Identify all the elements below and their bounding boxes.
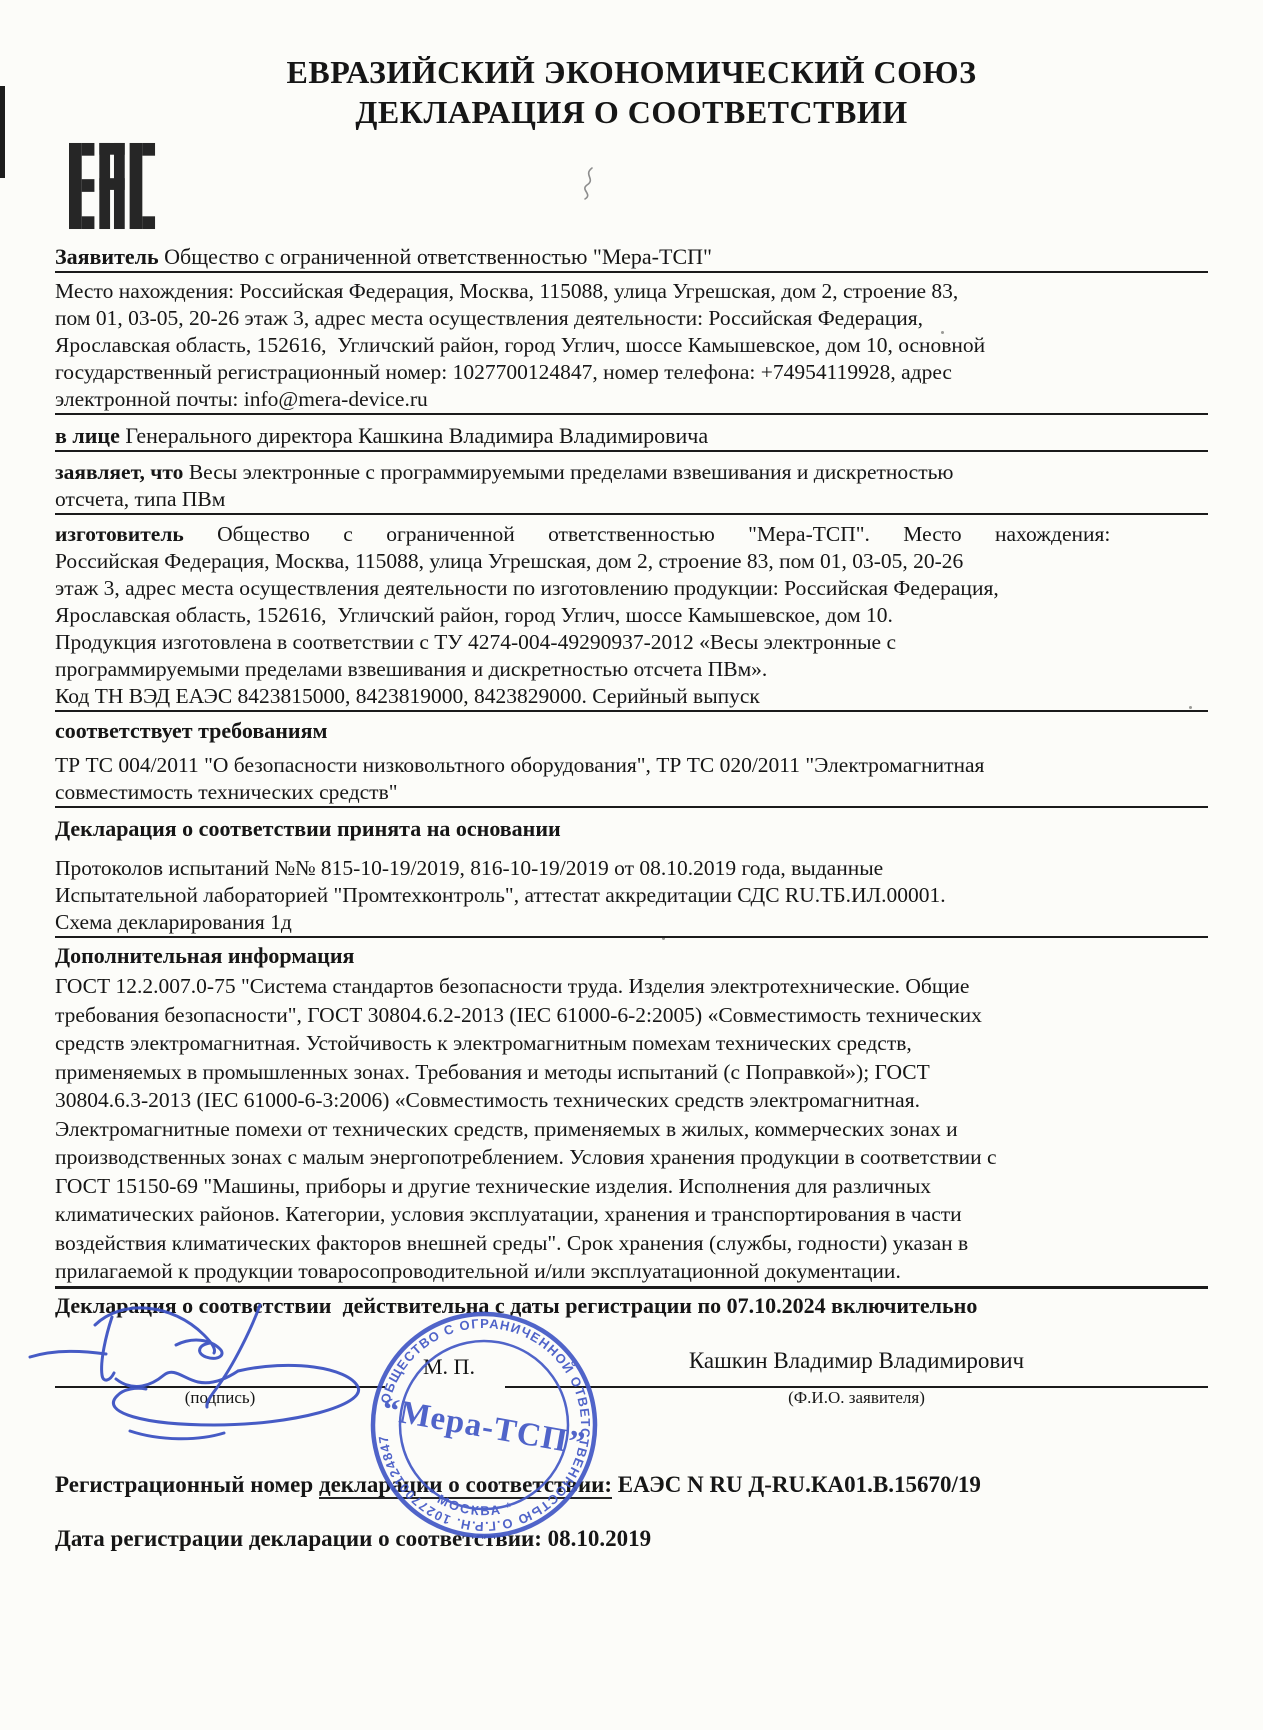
applicant-name-caption: (Ф.И.О. заявителя) xyxy=(505,1388,1208,1408)
registration-number-value: ЕАЭС N RU Д-RU.КА01.В.15670/19 xyxy=(612,1472,981,1497)
represented-by-line: в лице Генерального директора Кашкина Вл… xyxy=(55,422,1208,450)
declares-label: заявляет, что xyxy=(55,460,183,484)
stamp-place-label: М. П. xyxy=(385,1346,505,1408)
registration-number-line: Регистрационный номер декларации о соотв… xyxy=(55,1470,1208,1500)
section-divider xyxy=(55,1286,1208,1289)
document-title-line2: ДЕКЛАРАЦИЯ О СООТВЕТСТВИИ xyxy=(55,92,1208,132)
section-divider xyxy=(55,271,1208,273)
registration-number-underlined: декларации о соответствии: xyxy=(319,1472,612,1499)
section-divider xyxy=(55,936,1208,938)
document-title-line1: ЕВРАЗИЙСКИЙ ЭКОНОМИЧЕСКИЙ СОЮЗ xyxy=(55,52,1208,92)
document-content: ЕВРАЗИЙСКИЙ ЭКОНОМИЧЕСКИЙ СОЮЗ ДЕКЛАРАЦИ… xyxy=(0,0,1263,1730)
applicant-line: Заявитель Общество с ограниченной ответс… xyxy=(55,243,1208,271)
declaration-of-conformity-document: ЕВРАЗИЙСКИЙ ЭКОНОМИЧЕСКИЙ СОЮЗ ДЕКЛАРАЦИ… xyxy=(0,0,1263,1730)
section-divider xyxy=(55,513,1208,515)
validity-line: Декларация о соответствии действительна … xyxy=(55,1292,1208,1320)
registration-date-line: Дата регистрации декларации о соответств… xyxy=(55,1524,1208,1554)
represented-by-label: в лице xyxy=(55,423,120,448)
requirements-heading: соответствует требованиям xyxy=(55,717,1208,745)
registration-date-label: Дата регистрации декларации о соответств… xyxy=(55,1526,548,1551)
applicant-location-paragraph: Место нахождения: Российская Федерация, … xyxy=(55,278,1208,413)
registration-date-value: 08.10.2019 xyxy=(548,1526,652,1551)
section-divider xyxy=(55,710,1208,712)
signature-space xyxy=(55,1346,385,1386)
signature-caption: (подпись) xyxy=(55,1388,385,1408)
eac-logo xyxy=(69,142,157,230)
signature-area: (подпись) xyxy=(55,1346,385,1408)
basis-heading: Декларация о соответствии принята на осн… xyxy=(55,815,1208,843)
manufacturer-label: изготовитель xyxy=(55,522,184,546)
additional-info-heading: Дополнительная информация xyxy=(55,942,1208,970)
requirements-paragraph: ТР ТС 004/2011 "О безопасности низковоль… xyxy=(55,752,1208,806)
section-divider xyxy=(55,413,1208,415)
additional-info-paragraph: ГОСТ 12.2.007.0-75 "Система стандартов б… xyxy=(55,972,1208,1286)
applicant-text: Общество с ограниченной ответственностью… xyxy=(159,244,712,269)
applicant-name: Кашкин Владимир Владимирович xyxy=(505,1346,1208,1376)
section-divider xyxy=(55,806,1208,808)
declares-paragraph: заявляет, что Весы электронные с програм… xyxy=(55,459,1208,513)
manufacturer-first-line: Общество с ограниченной ответственностью… xyxy=(184,522,1111,546)
section-divider xyxy=(55,450,1208,452)
signature-row: (подпись) М. П. Кашкин Владимир Владимир… xyxy=(55,1346,1208,1408)
manufacturer-paragraph: изготовитель Общество с ограниченной отв… xyxy=(55,521,1208,710)
represented-by-text: Генерального директора Кашкина Владимира… xyxy=(120,423,708,448)
registration-number-prefix: Регистрационный номер xyxy=(55,1472,319,1497)
applicant-label: Заявитель xyxy=(55,244,159,269)
basis-paragraph: Протоколов испытаний №№ 815-10-19/2019, … xyxy=(55,855,1208,936)
declares-text: Весы электронные с программируемыми пред… xyxy=(55,460,953,511)
applicant-name-area: Кашкин Владимир Владимирович (Ф.И.О. зая… xyxy=(505,1346,1208,1408)
manufacturer-details: Российская Федерация, Москва, 115088, ул… xyxy=(55,549,999,708)
